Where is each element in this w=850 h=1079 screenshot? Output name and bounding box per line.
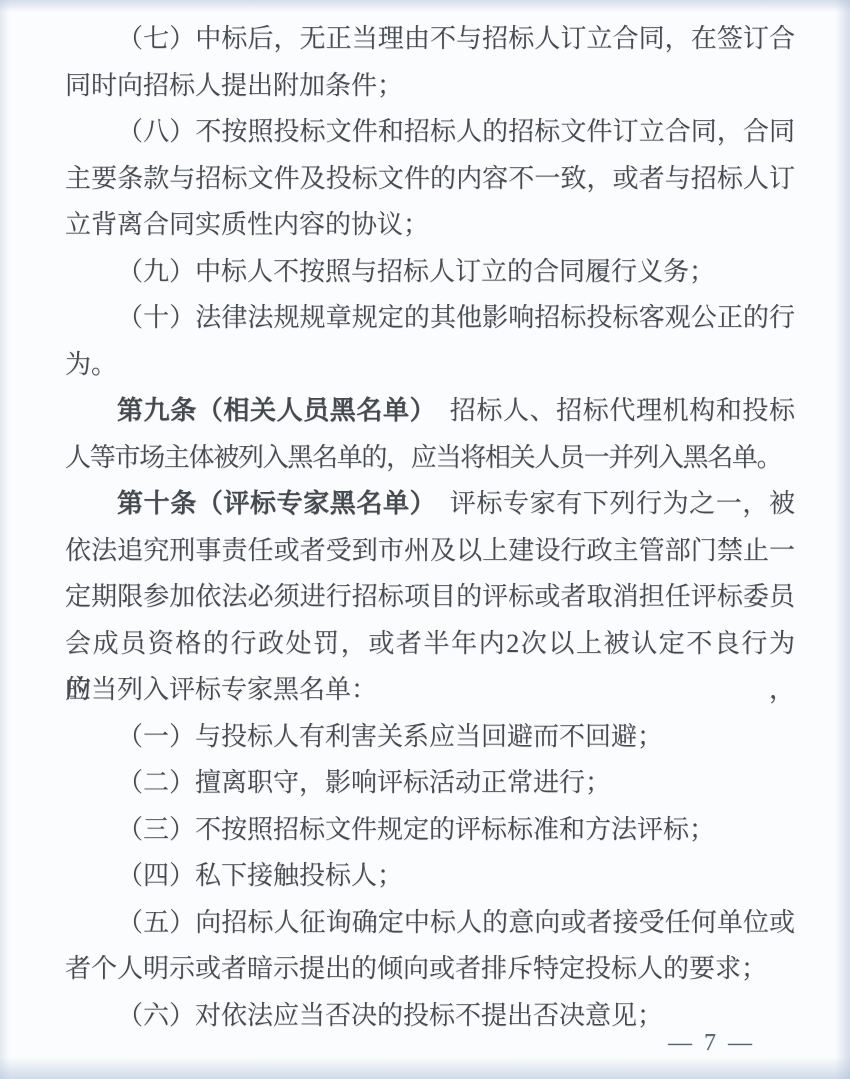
text-segment: （二）擅离职守，影响评标活动正常进行； [117, 768, 611, 797]
text-segment: 应当列入评标专家黑名单： [65, 675, 377, 704]
text-line: 定期限参加依法必须进行招标项目的评标或者取消担任评标委员 [65, 574, 795, 621]
text-line: （八）不按照投标文件和招标人的招标文件订立合同，合同 [65, 109, 795, 156]
text-line: 依法追究刑事责任或者受到市州及以上建设行政主管部门禁止一 [65, 528, 795, 575]
text-segment: （五）向招标人征询确定中标人的意向或者接受任何单位或 [117, 908, 795, 937]
text-segment: 人等市场主体被列入黑名单的，应当将相关人员一并列入黑名单。 [65, 443, 781, 472]
text-segment: 立背离合同实质性内容的协议； [65, 210, 429, 239]
text-line: 人等市场主体被列入黑名单的，应当将相关人员一并列入黑名单。 [65, 435, 795, 482]
text-segment: 同时向招标人提出附加条件； [65, 71, 403, 100]
document-page: （七）中标后，无正当理由不与招标人订立合同，在签订合同时向招标人提出附加条件；（… [0, 0, 850, 1079]
text-segment: （四）私下接触投标人； [117, 861, 403, 890]
text-line: 第十条（评标专家黑名单） 评标专家有下列行为之一，被 [65, 481, 795, 528]
text-segment: （三）不按照招标文件规定的评标标准和方法评标； [117, 815, 715, 844]
text-segment: 主要条款与招标文件及投标文件的内容不一致，或者与招标人订 [65, 164, 795, 193]
text-line: （一）与投标人有利害关系应当回避而不回避； [65, 714, 795, 761]
text-line: （九）中标人不按照与招标人订立的合同履行义务； [65, 249, 795, 296]
article-heading: 第九条（相关人员黑名单） [117, 396, 423, 425]
text-segment: 定期限参加依法必须进行招标项目的评标或者取消担任评标委员 [65, 582, 795, 611]
text-line: （三）不按照招标文件规定的评标标准和方法评标； [65, 807, 795, 854]
text-segment: （六）对依法应当否决的投标不提出否决意见； [117, 1001, 663, 1030]
document-text: （七）中标后，无正当理由不与招标人订立合同，在签订合同时向招标人提出附加条件；（… [65, 16, 795, 1039]
text-segment: 招标人、招标代理机构和投标 [423, 396, 795, 425]
text-segment: （九）中标人不按照与招标人订立的合同履行义务； [117, 257, 715, 286]
text-line: （七）中标后，无正当理由不与招标人订立合同，在签订合 [65, 16, 795, 63]
text-segment: （十）法律法规规章规定的其他影响招标投标客观公正的行 [117, 303, 795, 332]
text-line: 第九条（相关人员黑名单） 招标人、招标代理机构和投标 [65, 388, 795, 435]
text-line: 为。 [65, 342, 795, 389]
text-segment: （八）不按照投标文件和招标人的招标文件订立合同，合同 [117, 117, 795, 146]
text-segment: 者个人明示或者暗示提出的倾向或者排斥特定投标人的要求； [65, 954, 767, 983]
text-segment: 为。 [65, 350, 117, 379]
text-segment: 依法追究刑事责任或者受到市州及以上建设行政主管部门禁止一 [65, 536, 795, 565]
text-segment: （七）中标后，无正当理由不与招标人订立合同，在签订合 [117, 24, 795, 53]
article-heading: 第十条（评标专家黑名单） [117, 489, 423, 518]
text-line: 同时向招标人提出附加条件； [65, 63, 795, 110]
text-line: 会成员资格的行政处罚，或者半年内2次以上被认定不良行为的， [65, 621, 795, 668]
text-segment: （一）与投标人有利害关系应当回避而不回避； [117, 722, 663, 751]
text-segment: 评标专家有下列行为之一，被 [423, 489, 795, 518]
text-line: 者个人明示或者暗示提出的倾向或者排斥特定投标人的要求； [65, 946, 795, 993]
text-line: （十）法律法规规章规定的其他影响招标投标客观公正的行 [65, 295, 795, 342]
text-line: 主要条款与招标文件及投标文件的内容不一致，或者与招标人订 [65, 156, 795, 203]
text-line: （二）擅离职守，影响评标活动正常进行； [65, 760, 795, 807]
page-number: — 7 — [668, 1028, 755, 1058]
text-line: （五）向招标人征询确定中标人的意向或者接受任何单位或 [65, 900, 795, 947]
text-line: 立背离合同实质性内容的协议； [65, 202, 795, 249]
text-line: （四）私下接触投标人； [65, 853, 795, 900]
